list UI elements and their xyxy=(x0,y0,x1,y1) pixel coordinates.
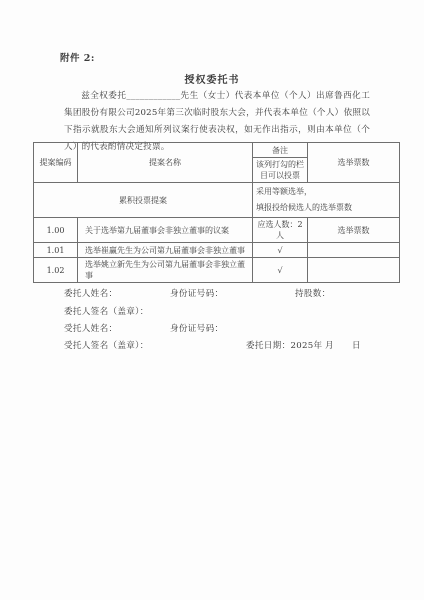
agent-id-label: 身份证号码： xyxy=(170,322,223,334)
proposal-votes xyxy=(308,243,400,258)
proposal-votes xyxy=(308,258,400,283)
proposal-code: 1.01 xyxy=(34,243,78,258)
table-row: 1.00 关于选举第九届董事会非独立董事的议案 应选人数：2 人 选举票数 xyxy=(34,218,400,243)
proposal-code: 1.02 xyxy=(34,258,78,283)
cumulative-note-line1: 采用等额选举， xyxy=(256,184,396,200)
proposal-name: 选举崔赢先生为公司第九届董事会非独立董事 xyxy=(78,243,253,258)
shares-label: 持股数： xyxy=(295,287,331,299)
proposal-remark: 应选人数：2 人 xyxy=(253,218,308,243)
principal-signature-label: 委托人签名（盖章）： xyxy=(64,305,149,317)
proposal-votes: 选举票数 xyxy=(308,218,400,243)
header-remark: 备注 xyxy=(253,143,308,158)
cumulative-note-line2: 填报投给候选人的选举票数 xyxy=(256,200,396,216)
header-remark-note: 该列打勾的栏目可以投票 xyxy=(253,158,308,183)
cumulative-label: 累积投票提案 xyxy=(34,183,253,218)
proposal-name: 关于选举第九届董事会非独立董事的议案 xyxy=(78,218,253,243)
agent-signature-label: 受托人签名（盖章）： xyxy=(64,339,149,351)
cumulative-voting-row: 累积投票提案 采用等额选举， 填报投给候选人的选举票数 xyxy=(34,183,400,218)
cumulative-note: 采用等额选举， 填报投给候选人的选举票数 xyxy=(253,183,400,218)
page-title: 授权委托书 xyxy=(0,71,424,86)
principal-name-label: 委托人姓名： xyxy=(64,287,117,299)
table-row: 1.01 选举崔赢先生为公司第九届董事会非独立董事 √ xyxy=(34,243,400,258)
table-header-row: 提案编码 提案名称 备注 选举票数 xyxy=(34,143,400,158)
month-label: 月 xyxy=(325,339,334,351)
agent-name-label: 受托人姓名： xyxy=(64,322,117,334)
table-row: 1.02 选举姚立新先生为公司第九届董事会非独立董事 √ xyxy=(34,258,400,283)
header-proposal-name: 提案名称 xyxy=(78,143,253,183)
proposal-code: 1.00 xyxy=(34,218,78,243)
proposal-name: 选举姚立新先生为公司第九届董事会非独立董事 xyxy=(78,258,253,283)
checkmark: √ xyxy=(253,258,308,283)
day-label: 日 xyxy=(352,339,361,351)
principal-id-label: 身份证号码： xyxy=(170,287,223,299)
header-votes: 选举票数 xyxy=(308,143,400,183)
checkmark: √ xyxy=(253,243,308,258)
proxy-voting-table: 提案编码 提案名称 备注 选举票数 该列打勾的栏目可以投票 累积投票提案 采用等… xyxy=(33,142,400,283)
header-proposal-code: 提案编码 xyxy=(34,143,78,183)
attachment-label: 附件 2: xyxy=(60,50,95,64)
entrust-date-label: 委托日期：2025年 xyxy=(246,339,322,351)
document-page: 附件 2: 授权委托书 兹全权委托____________先生（女士）代表本单位… xyxy=(0,0,424,600)
